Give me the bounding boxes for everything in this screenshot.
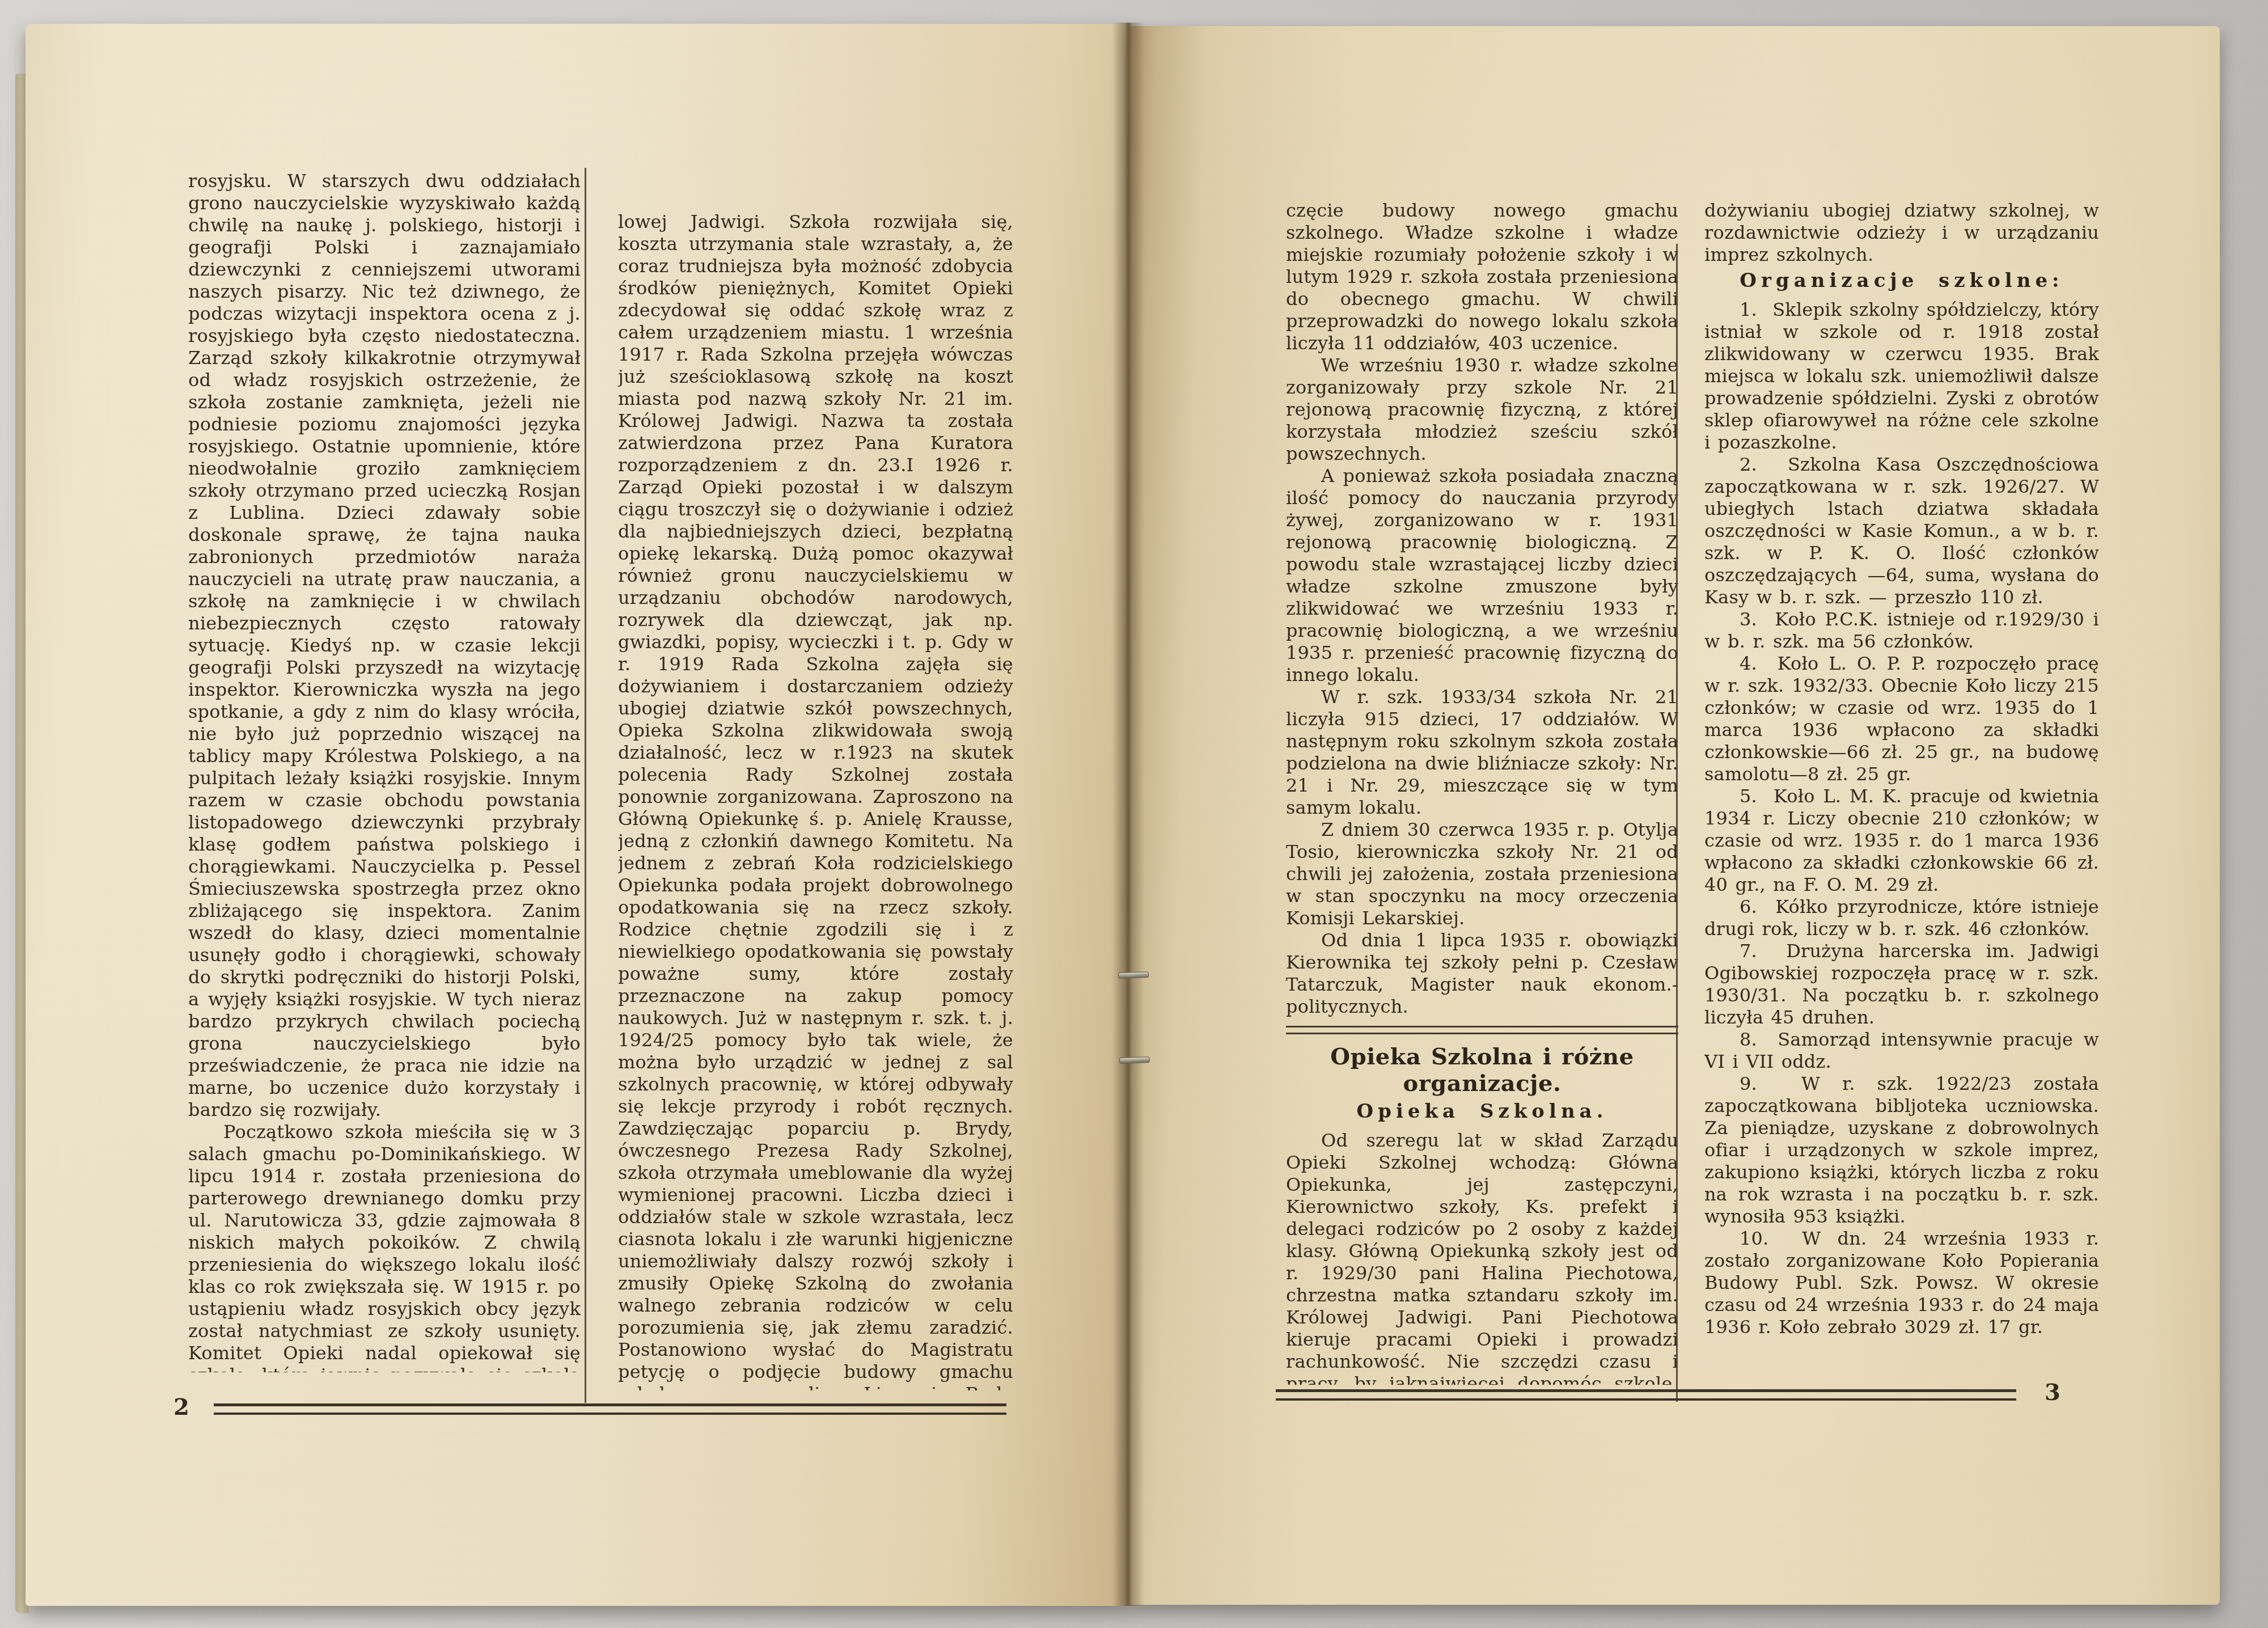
paragraph: 1. Sklepik szkolny spółdzielczy, który i… (1704, 299, 2099, 454)
paragraph: Od szeregu lat w skład Zarządu Opieki Sz… (1286, 1130, 1678, 1385)
page-number: 2 (174, 1394, 189, 1420)
paragraph: 2. Szkolna Kasa Oszczędnościowa zapocząt… (1704, 454, 2099, 608)
page-number: 3 (2045, 1379, 2060, 1406)
column-divider-rule (1676, 244, 1678, 1402)
staple (1119, 1056, 1150, 1064)
subsection-heading: Organizacje szkolne: (1704, 268, 2099, 293)
text-column-1: rosyjsku. W starszych dwu oddziałach gro… (188, 170, 581, 1372)
paragraph: rosyjsku. W starszych dwu oddziałach gro… (188, 170, 581, 1121)
paragraph: lowej Jadwigi. Szkoła rozwijała się, kos… (618, 211, 1013, 1390)
paragraph: Z dniem 30 czerwca 1935 r. p. Otylja Tos… (1286, 819, 1678, 929)
column-divider-rule (585, 168, 586, 1403)
footer-rule (214, 1403, 1006, 1415)
paragraph: częcie budowy nowego gmachu szkolnego. W… (1286, 200, 1678, 354)
paragraph: 9. W r. szk. 1922/23 została zapoczątkow… (1704, 1073, 2099, 1228)
paragraph: 6. Kółko przyrodnicze, które istnieje dr… (1704, 896, 2099, 940)
text-column-2: lowej Jadwigi. Szkoła rozwijała się, kos… (618, 211, 1013, 1390)
paragraph: 4. Koło L. O. P. P. rozpoczęło pracę w r… (1704, 653, 2099, 785)
paragraph: Początkowo szkoła mieściła się w 3 salac… (188, 1121, 581, 1372)
paragraph: dożywianiu ubogiej dziatwy szkolnej, w r… (1704, 200, 2099, 266)
binding-fold (1112, 23, 1144, 1606)
paragraph: 10. W dn. 24 września 1933 r. zostało zo… (1704, 1228, 2099, 1338)
divider-rule (1286, 1026, 1678, 1034)
section-heading: Opieka Szkolna i różne organizacje. (1286, 1043, 1678, 1097)
paragraph: 3. Koło P.C.K. istnieje od r.1929/30 i w… (1704, 608, 2099, 653)
paragraph: 8. Samorząd intensywnie pracuje w VI i V… (1704, 1029, 2099, 1073)
paragraph: 5. Koło L. M. K. pracuje od kwietnia 193… (1704, 785, 2099, 896)
screenshot-root: { "document": { "kind": "scanned printed… (0, 0, 2268, 1628)
paragraph: W r. szk. 1933/34 szkoła Nr. 21 liczyła … (1286, 686, 1678, 819)
footer-rule (1276, 1389, 2016, 1401)
staple (1118, 971, 1149, 979)
subsection-heading: Opieka Szkolna. (1286, 1099, 1678, 1124)
paragraph: 7. Drużyna harcerska im. Jadwigi Ogibows… (1704, 940, 2099, 1029)
text-column-4: dożywianiu ubogiej dziatwy szkolnej, w r… (1704, 200, 2099, 1379)
paragraph: A ponieważ szkoła posiadała znaczną iloś… (1286, 465, 1678, 686)
paragraph: Od dnia 1 lipca 1935 r. obowiązki Kierow… (1286, 929, 1678, 1018)
text-column-3: częcie budowy nowego gmachu szkolnego. W… (1286, 200, 1678, 1385)
paragraph: We wrześniu 1930 r. władze szkolne zorga… (1286, 354, 1678, 465)
